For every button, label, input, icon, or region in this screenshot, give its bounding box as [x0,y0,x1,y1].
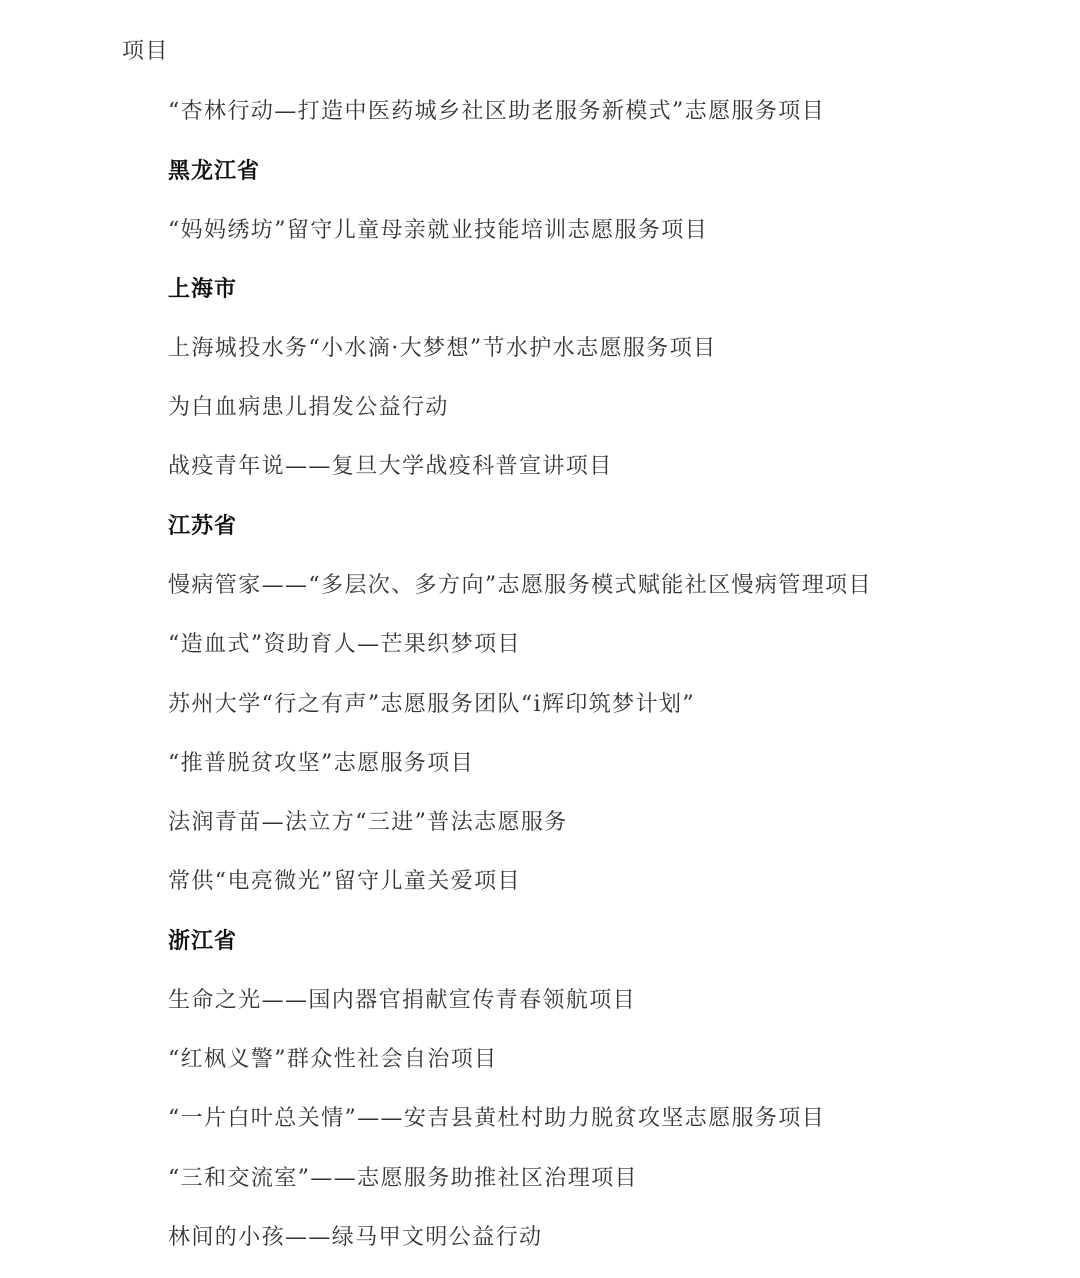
province-heading-shanghai: 上海市 [168,275,237,305]
project-item: “杏林行动—打造中医药城乡社区助老服务新模式”志愿服务项目 [168,97,825,127]
project-item: “造血式”资助育人—芒果织梦项目 [168,630,521,660]
project-item: 苏州大学“行之有声”志愿服务团队“i辉印筑梦计划” [168,690,695,720]
project-item: “推普脱贫攻坚”志愿服务项目 [168,749,474,779]
project-item: “妈妈绣坊”留守儿童母亲就业技能培训志愿服务项目 [168,216,708,246]
project-item: 常供“电亮微光”留守儿童关爱项目 [168,867,521,897]
province-heading-zhejiang: 浙江省 [168,927,237,957]
project-item: “三和交流室”——志愿服务助推社区治理项目 [168,1164,638,1194]
project-item: 慢病管家——“多层次、多方向”志愿服务模式赋能社区慢病管理项目 [168,571,872,601]
province-heading-heilongjiang: 黑龙江省 [168,157,260,187]
project-item: 生命之光——国内器官捐献宣传青春领航项目 [168,986,636,1016]
project-item: 为白血病患儿捐发公益行动 [168,393,449,423]
document-page: 项目 “杏林行动—打造中医药城乡社区助老服务新模式”志愿服务项目 黑龙江省 “妈… [0,0,1080,1278]
province-heading-jiangsu: 江苏省 [168,512,237,542]
project-item: 上海城投水务“小水滴·大梦想”节水护水志愿服务项目 [168,334,717,364]
project-item: “一片白叶总关情”——安吉县黄杜村助力脱贫攻坚志愿服务项目 [168,1104,825,1134]
project-item: “红枫义警”群众性社会自治项目 [168,1045,498,1075]
project-item: 战疫青年说——复旦大学战疫科普宣讲项目 [168,452,613,482]
continuation-text: 项目 [122,37,169,67]
project-item: 林间的小孩——绿马甲文明公益行动 [168,1223,542,1253]
project-item: 法润青苗—法立方“三进”普法志愿服务 [168,808,568,838]
